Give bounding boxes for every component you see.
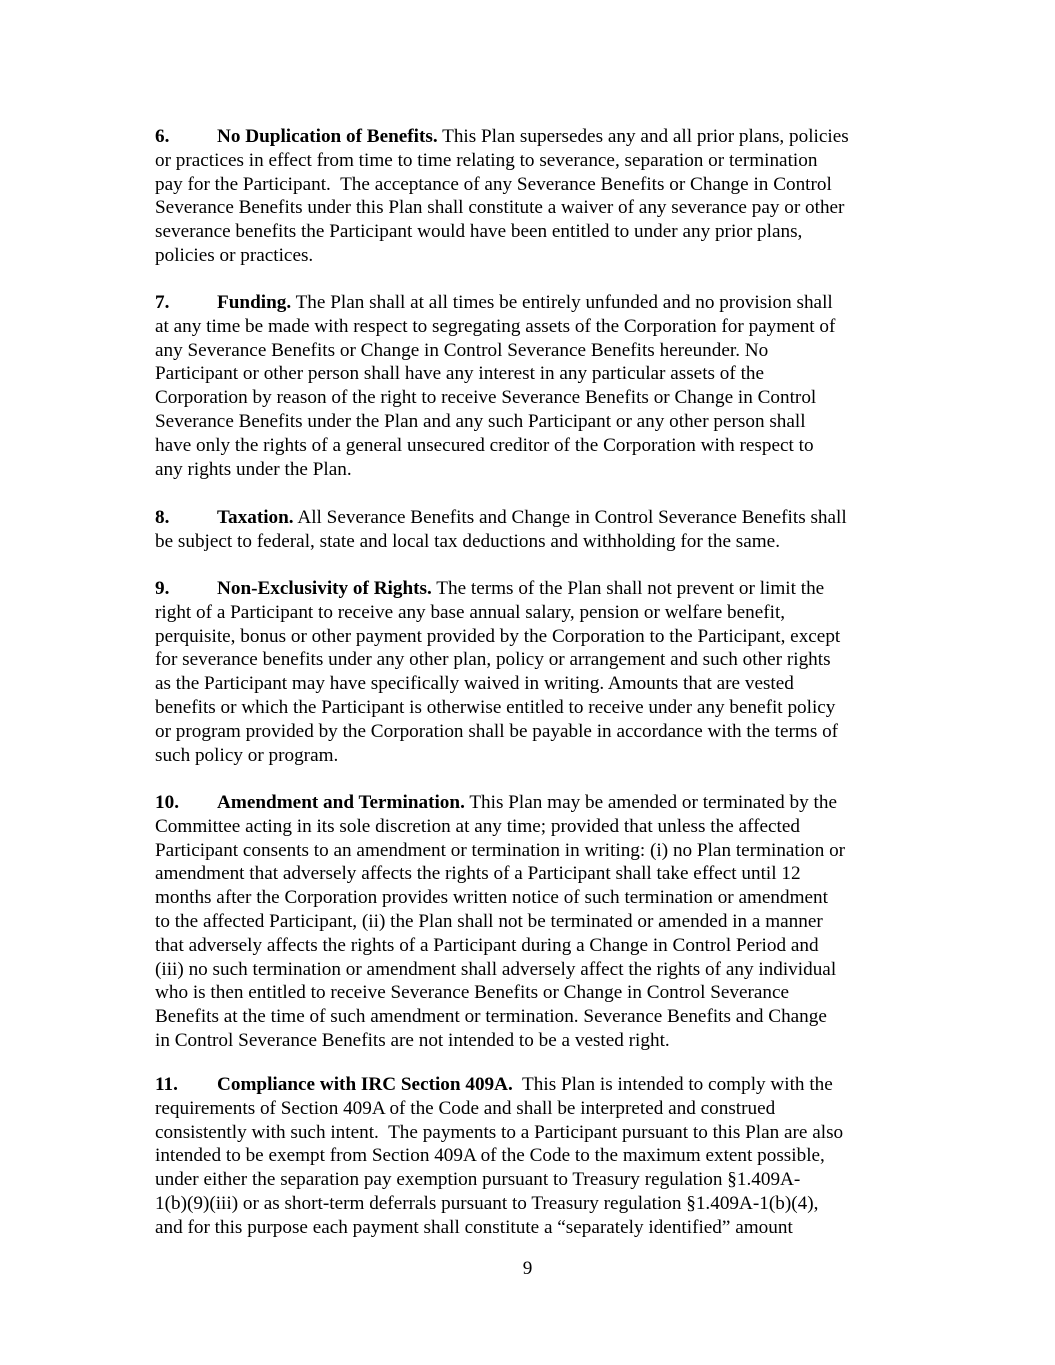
- section-text-line: Participant consents to an amendment or …: [155, 839, 915, 863]
- section-first-line: 7.Funding. The Plan shall at all times b…: [155, 291, 915, 315]
- section-text-line: Severance Benefits under this Plan shall…: [155, 196, 915, 220]
- page-number: 9: [0, 1257, 1055, 1281]
- section-text-line: Severance Benefits under the Plan and an…: [155, 410, 915, 434]
- section-first-line: 6.No Duplication of Benefits. This Plan …: [155, 125, 915, 149]
- section-compliance-with-irc-409a: 11.Compliance with IRC Section 409A. Thi…: [155, 1073, 915, 1240]
- section-text: This Plan supersedes any and all prior p…: [438, 126, 849, 147]
- section-text-line: right of a Participant to receive any ba…: [155, 601, 915, 625]
- section-text-line: policies or practices.: [155, 244, 915, 268]
- section-heading: Funding.: [217, 292, 291, 313]
- section-text-line: intended to be exempt from Section 409A …: [155, 1144, 915, 1168]
- section-text-line: Participant or other person shall have a…: [155, 362, 915, 386]
- section-text-line: months after the Corporation provides wr…: [155, 886, 915, 910]
- section-text-line: pay for the Participant. The acceptance …: [155, 173, 915, 197]
- section-text-line: consistently with such intent. The payme…: [155, 1121, 915, 1145]
- section-text-line: that adversely affects the rights of a P…: [155, 934, 915, 958]
- section-text-line: Benefits at the time of such amendment o…: [155, 1005, 915, 1029]
- section-text-line: requirements of Section 409A of the Code…: [155, 1097, 915, 1121]
- section-text-line: who is then entitled to receive Severanc…: [155, 981, 915, 1005]
- section-text-line: and for this purpose each payment shall …: [155, 1216, 915, 1240]
- section-first-line: 11.Compliance with IRC Section 409A. Thi…: [155, 1073, 915, 1097]
- section-text-line: benefits or which the Participant is oth…: [155, 696, 915, 720]
- section-text-line: any Severance Benefits or Change in Cont…: [155, 339, 915, 363]
- section-number: 8.: [155, 506, 217, 530]
- section-text-line: as the Participant may have specifically…: [155, 672, 915, 696]
- section-text: The terms of the Plan shall not prevent …: [432, 578, 824, 599]
- section-text-line: for severance benefits under any other p…: [155, 648, 915, 672]
- section-text-line: in Control Severance Benefits are not in…: [155, 1029, 915, 1053]
- section-text-line: any rights under the Plan.: [155, 458, 915, 482]
- section-text-line: or program provided by the Corporation s…: [155, 720, 915, 744]
- section-heading: Compliance with IRC Section 409A.: [217, 1074, 513, 1095]
- section-heading: Amendment and Termination.: [217, 792, 465, 813]
- section-text-line: such policy or program.: [155, 744, 915, 768]
- section-first-line: 9.Non-Exclusivity of Rights. The terms o…: [155, 577, 915, 601]
- section-first-line: 8.Taxation. All Severance Benefits and C…: [155, 506, 915, 530]
- section-number: 10.: [155, 791, 217, 815]
- section-heading: Non-Exclusivity of Rights.: [217, 578, 432, 599]
- section-heading: Taxation.: [217, 507, 294, 528]
- section-text-line: be subject to federal, state and local t…: [155, 530, 915, 554]
- section-non-exclusivity-of-rights: 9.Non-Exclusivity of Rights. The terms o…: [155, 577, 915, 767]
- section-text-line: or practices in effect from time to time…: [155, 149, 915, 173]
- section-amendment-and-termination: 10.Amendment and Termination. This Plan …: [155, 791, 915, 1053]
- section-number: 7.: [155, 291, 217, 315]
- section-text-line: to the affected Participant, (ii) the Pl…: [155, 910, 915, 934]
- section-text-line: at any time be made with respect to segr…: [155, 315, 915, 339]
- section-number: 9.: [155, 577, 217, 601]
- section-number: 6.: [155, 125, 217, 149]
- section-text-line: Corporation by reason of the right to re…: [155, 386, 915, 410]
- section-heading: No Duplication of Benefits.: [217, 126, 438, 147]
- section-text: This Plan is intended to comply with the: [513, 1074, 833, 1095]
- section-text: All Severance Benefits and Change in Con…: [294, 507, 847, 528]
- section-text-line: have only the rights of a general unsecu…: [155, 434, 915, 458]
- section-text-line: amendment that adversely affects the rig…: [155, 862, 915, 886]
- section-text: This Plan may be amended or terminated b…: [465, 792, 837, 813]
- section-text-line: under either the separation pay exemptio…: [155, 1168, 915, 1192]
- section-first-line: 10.Amendment and Termination. This Plan …: [155, 791, 915, 815]
- section-text-line: Committee acting in its sole discretion …: [155, 815, 915, 839]
- section-text-line: severance benefits the Participant would…: [155, 220, 915, 244]
- section-text: The Plan shall at all times be entirely …: [291, 292, 833, 313]
- section-text-line: (iii) no such termination or amendment s…: [155, 958, 915, 982]
- section-no-duplication-of-benefits: 6.No Duplication of Benefits. This Plan …: [155, 125, 915, 268]
- section-taxation: 8.Taxation. All Severance Benefits and C…: [155, 506, 915, 554]
- section-text-line: perquisite, bonus or other payment provi…: [155, 625, 915, 649]
- section-number: 11.: [155, 1073, 217, 1097]
- section-funding: 7.Funding. The Plan shall at all times b…: [155, 291, 915, 481]
- document-page: 6.No Duplication of Benefits. This Plan …: [0, 0, 1055, 1365]
- section-text-line: 1(b)(9)(iii) or as short-term deferrals …: [155, 1192, 915, 1216]
